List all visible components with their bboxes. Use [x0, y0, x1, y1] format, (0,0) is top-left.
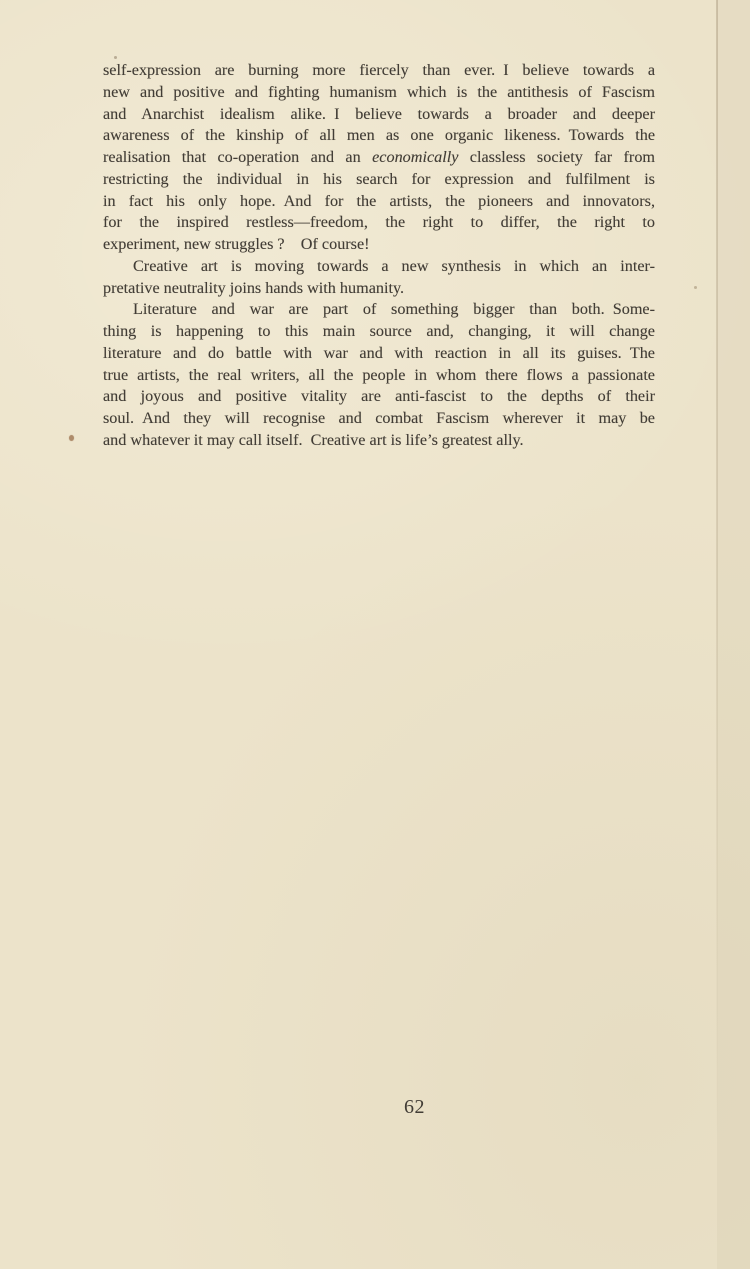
text-line: Creative art is moving towards a new syn…	[103, 256, 655, 278]
paragraph: Creative art is moving towards a new syn…	[103, 256, 655, 300]
text-line: thing is happening to this main source a…	[103, 321, 655, 343]
text-line: and whatever it may call itself. Creativ…	[103, 430, 655, 452]
text-line: experiment, new struggles ? Of course!	[103, 234, 655, 256]
page-edge-crease	[716, 0, 718, 1269]
text-line: self-expression are burning more fiercel…	[103, 60, 655, 82]
paragraph: self-expression are burning more fiercel…	[103, 60, 655, 256]
text-line: new and positive and fighting humanism w…	[103, 82, 655, 104]
text-line: pretative neutrality joins hands with hu…	[103, 278, 655, 300]
text-line: awareness of the kinship of all men as o…	[103, 125, 655, 147]
paper-speck	[114, 56, 117, 59]
text-line: true artists, the real writers, all the …	[103, 365, 655, 387]
page-edge-shade	[717, 0, 750, 1269]
paper-speck	[69, 435, 74, 441]
text-segment: realisation that co-operation and an	[103, 148, 372, 166]
text-line: soul. And they will recognise and combat…	[103, 408, 655, 430]
text-line: and joyous and positive vitality are ant…	[103, 386, 655, 408]
text-line: realisation that co-operation and an eco…	[103, 147, 655, 169]
text-line: in fact his only hope. And for the artis…	[103, 191, 655, 213]
italic-word: economically	[372, 148, 458, 166]
text-line: literature and do battle with war and wi…	[103, 343, 655, 365]
paper-speck	[694, 286, 697, 289]
text-line: and Anarchist idealism alike. I believe …	[103, 104, 655, 126]
page-text-block: self-expression are burning more fiercel…	[103, 60, 655, 452]
text-line: for the inspired restless—freedom, the r…	[103, 212, 655, 234]
paragraph: Literature and war are part of something…	[103, 299, 655, 451]
text-line: Literature and war are part of something…	[103, 299, 655, 321]
page-number: 62	[404, 1096, 425, 1119]
text-line: restricting the individual in his search…	[103, 169, 655, 191]
text-segment: classless society far from	[458, 148, 655, 166]
